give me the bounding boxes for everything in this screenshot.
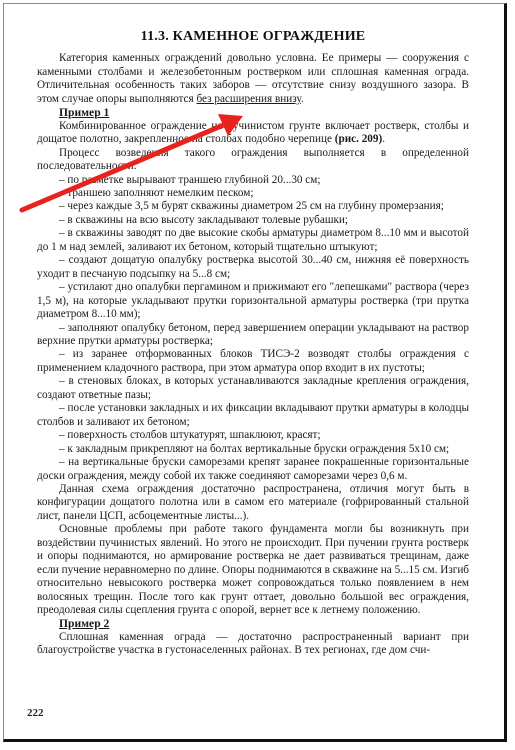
example-1-paragraph-4: Основные проблемы при работе такого фунд… xyxy=(37,523,469,617)
example-2-heading: Пример 2 xyxy=(59,617,469,630)
highlighted-phrase: без расширения внизу xyxy=(196,93,300,105)
list-item: – устилают дно опалубки пергамином и при… xyxy=(37,281,469,321)
example-1-heading: Пример 1 xyxy=(59,106,469,119)
example-1-paragraph-1: Комбинированное ограждение на пучинистом… xyxy=(37,120,469,147)
list-item: – в стеновых блоках, в которых устанавли… xyxy=(37,375,469,402)
section-title: 11.3. КАМЕННОЕ ОГРАЖДЕНИЕ xyxy=(37,30,469,43)
example-2-paragraph-1: Сплошная каменная ограда — достаточно ра… xyxy=(37,631,469,658)
intro-paragraph: Категория каменных ограждений довольно у… xyxy=(37,52,469,106)
list-item: – заполняют опалубку бетоном, перед заве… xyxy=(37,322,469,349)
list-item: – в скважины заводят по две высокие скоб… xyxy=(37,227,469,254)
example-1-paragraph-3: Данная схема ограждения достаточно распр… xyxy=(37,483,469,523)
list-item: – на вертикальные бруски саморезами креп… xyxy=(37,456,469,483)
list-item: – в скважины на всю высоту закладывают т… xyxy=(37,214,469,227)
figure-reference: (рис. 209) xyxy=(335,133,382,145)
list-item: – из заранее отформованных блоков ТИСЭ-2… xyxy=(37,348,469,375)
list-item: – поверхность столбов штукатурят, шпаклю… xyxy=(37,429,469,442)
list-item: – по разметке вырывают траншею глубиной … xyxy=(37,174,469,187)
list-item: – траншею заполняют немелким песком; xyxy=(37,187,469,200)
list-item: – после установки закладных и их фиксаци… xyxy=(37,402,469,429)
page-number: 222 xyxy=(27,707,44,719)
list-item: – через каждые 3,5 м бурят скважины диам… xyxy=(37,200,469,213)
page-content: 11.3. КАМЕННОЕ ОГРАЖДЕНИЕ Категория каме… xyxy=(37,30,469,658)
list-item: – создают дощатую опалубку ростверка выс… xyxy=(37,254,469,281)
example-1-paragraph-2: Процесс возведения такого ограждения вып… xyxy=(37,147,469,174)
book-page: 11.3. КАМЕННОЕ ОГРАЖДЕНИЕ Категория каме… xyxy=(3,3,507,742)
steps-list: – по разметке вырывают траншею глубиной … xyxy=(37,174,469,483)
list-item: – к закладным прикрепляют на болтах верт… xyxy=(37,443,469,456)
